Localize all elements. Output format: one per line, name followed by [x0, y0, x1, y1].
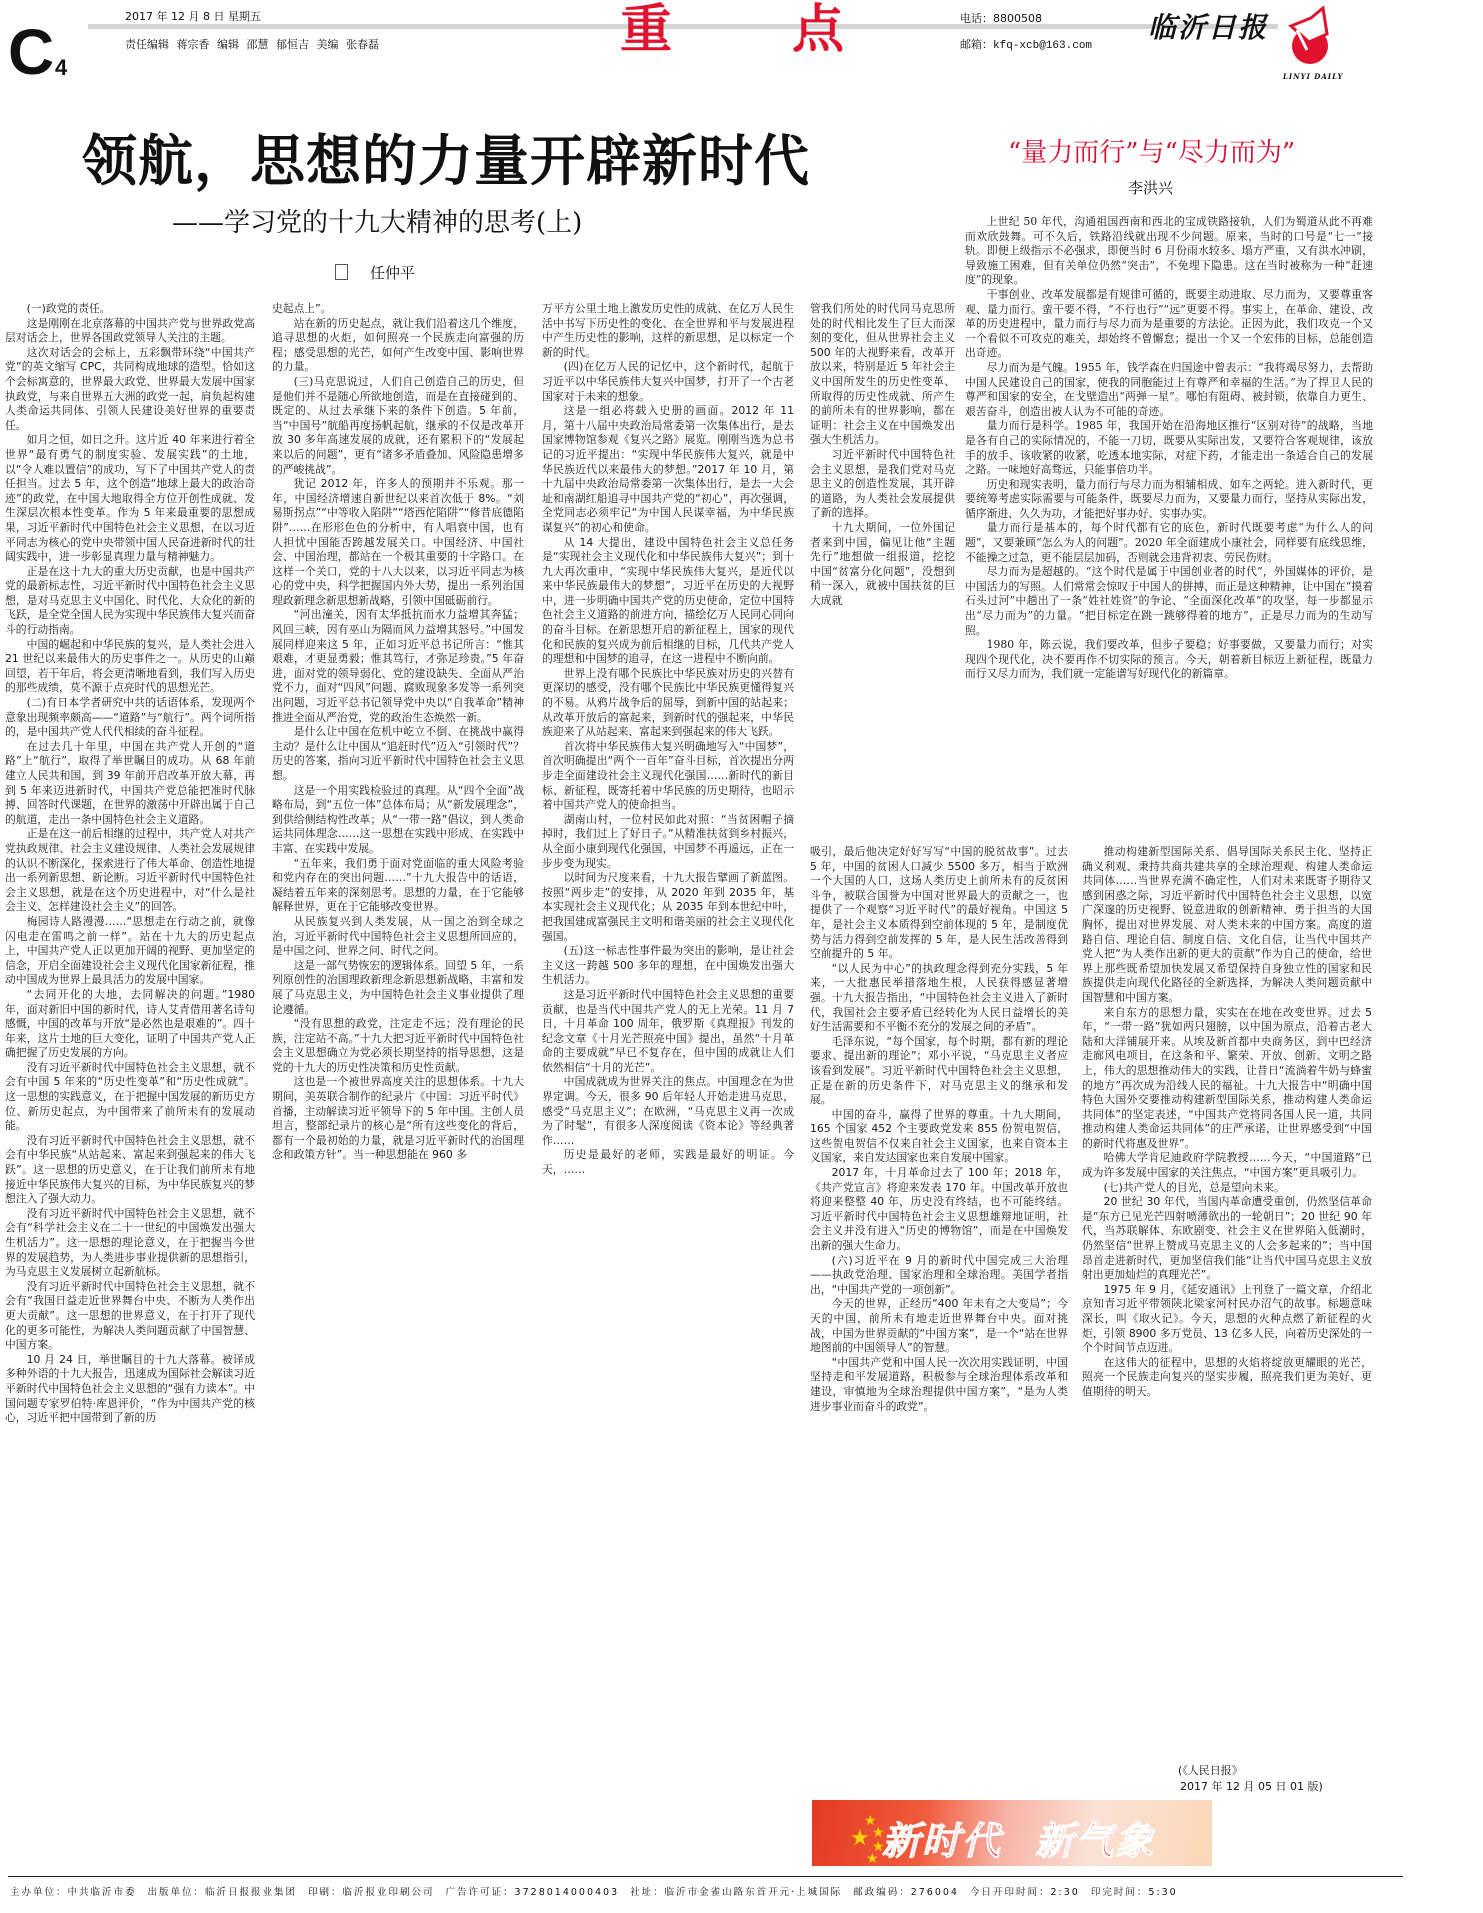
paragraph: 犹记 2012 年，许多人的预期并不乐观。那一年，中国经济增速自新世纪以来首次低…: [272, 477, 524, 608]
paragraph: 尽力而为是气魄。1955 年，钱学森在归国途中曾表示：“我将竭尽努力，去帮助中国…: [965, 361, 1373, 419]
phone-line: 电话：8800508: [960, 10, 1042, 26]
paragraph: 没有习近平新时代中国特色社会主义思想，就不会有“我国日益走近世界舞台中央、不断为…: [5, 1280, 255, 1353]
paragraph: 10 月 24 日，举世瞩目的十九大落幕。被译成多种外语的十九大报告，迅速成为国…: [5, 1353, 255, 1426]
paragraph: (四)在亿万人民的记忆中，这个新时代，起航于习近平以中华民族伟大复兴中国梦，打开…: [542, 360, 794, 404]
paragraph: 历史是最好的老师，实践是最好的明证。今天，……: [542, 1148, 794, 1177]
star-icon: ★: [850, 1832, 870, 1846]
article-column-5: 推动构建新型国际关系、倡导国际关系民主化、坚持正确义利观、秉持共商共建共享的全球…: [1082, 845, 1372, 1750]
paragraph: 上世纪 50 年代，沟通祖国西南和西北的宝成铁路接轨，人们为蜀道从此不再难而欢欣…: [965, 215, 1373, 288]
article-column-4: 吸引，最后他决定好好写写“中国的脱贫故事”。过去 5 年，中国的贫困人口减少 5…: [810, 845, 1068, 1800]
paragraph: 推动构建新型国际关系、倡导国际关系民主化、坚持正确义利观、秉持共商共建共享的全球…: [1082, 845, 1372, 1006]
paragraph: 干事创业、改革发展都是有规律可循的，既要主动进取、尽力而为，又要尊重客观、量力而…: [965, 288, 1373, 361]
paragraph: 世界上没有哪个民族比中华民族对历史的兴替有更深切的感受，没有哪个民族比中华民族更…: [542, 667, 794, 740]
article-column-4-top: 管我们所处的时代同马克思所处的时代相比发生了巨大而深刻的变化，但从世界社会主义 …: [810, 302, 955, 842]
paragraph: 中国的崛起和中华民族的复兴，是人类社会进入 21 世纪以来最伟大的历史事件之一。…: [5, 638, 255, 696]
paragraph: 从 14 大提出，建设中国特色社会主义总任务是“实现社会主义现代化和中华民族伟大…: [542, 536, 794, 667]
paragraph: 没有习近平新时代中国特色社会主义思想，就不会有中国 5 年来的“历史性变革”和“…: [5, 1061, 255, 1134]
paragraph: 这也是一个被世界高度关注的思想体系。十九大期间，美英联合制作的纪录片《中国：习近…: [272, 1075, 524, 1163]
paragraph: (二)有日本学者研究中共的话语体系，发现两个意象出现频率颇高——“道路”与“航行…: [5, 696, 255, 740]
slogan-banner: ★ ★ ★ ★ ★ 新时代 新气象 新作为: [812, 1800, 1212, 1866]
paragraph: 正是在这十九大的重大历史贡献，也是中国共产党的最新标志性，习近平新时代中国特色社…: [5, 565, 255, 638]
paragraph: “河出潼关，因有太华抵抗而水力益增其奔猛；风回三峡，因有巫山为隔而风力益增其怒号…: [272, 608, 524, 725]
author-name: 任仲平: [370, 264, 415, 282]
email-line: 邮箱：kfq-xcb@163.com: [960, 36, 1092, 52]
paragraph: 中国成就成为世界关注的焦点。中国理念在为世界定调。今天，很多 90 后年轻人开始…: [542, 1075, 794, 1148]
paragraph: 这是刚刚在北京落幕的中国共产党与世界政党高层对话会上，世界各国政党领导人关注的主…: [5, 317, 255, 346]
paragraph: 万平方公里土地上激发历史性的成就、在亿万人民生活中书写下历史性的变化、在全世界和…: [542, 302, 794, 360]
paragraph: 湖南山村，一位村民如此对照：“当贫困帽子摘掉时，我们过上了好日子。”从精准扶贫到…: [542, 813, 794, 871]
paragraph: 这是一组必将载入史册的画面。2012 年 11 月，第十八届中央政治局常委第一次…: [542, 404, 794, 535]
issue-date: 2017 年 12 月 8 日 星期五: [125, 8, 261, 24]
footer-rule: [8, 1876, 1403, 1877]
email-label: 邮箱：: [960, 38, 993, 51]
paragraph: 量力而行是科学。1985 年，我国开始在沿海地区推行“区别对待”的战略，当地是各…: [965, 419, 1373, 477]
paragraph: 这次对话会的会标上，五彩飘带环绕“中国共产党”的英文缩写 CPC，共同构成地球的…: [5, 346, 255, 434]
paragraph: 历史和现实表明，量力而行与尽力而为相辅相成、如车之两轮。进入新时代，更要统筹考虑…: [965, 478, 1373, 522]
paragraph: 量力而行是基本的，每个时代都有它的底色，新时代既要考虑“为什么人的问题”，又要兼…: [965, 521, 1373, 565]
side-article-title: “量力而行”与“尽力而为”: [1008, 132, 1295, 169]
article-column-1: (一)政党的责任。 这是刚刚在北京落幕的中国共产党与世界政党高层对话会上，世界各…: [5, 302, 255, 1870]
editors-line: 责任编辑 蒋宗香 编辑 邵慧 郁恒吉 美编 张春磊: [125, 36, 379, 52]
imprint-footer: 主办单位：中共临沂市委 出版单位：临沂日报报业集团 印刷：临沂报业印刷公司 广告…: [10, 1884, 1178, 1898]
source-credit-line2: 2017 年 12 月 05 日 01 版): [1180, 1778, 1323, 1794]
paragraph: 习近平新时代中国特色社会主义思想，是我们党对马克思主义的创造性发展，其开辟的道路…: [810, 448, 955, 521]
paragraph: (七)共产党人的目光，总是望向未来。: [1082, 1181, 1372, 1196]
paragraph: “没有思想的政党，注定走不远；没有理论的民族，注定站不高。”十九大把习近平新时代…: [272, 1017, 524, 1075]
paragraph: 今天的世界，正经历“400 年未有之大变局”；今天的中国，前所未有地走近世界舞台…: [810, 1297, 1068, 1355]
page-number: 4: [55, 55, 67, 81]
paragraph: “中国共产党和中国人民一次次用实践证明，中国坚持走和平发展道路，积极参与全球治理…: [810, 1356, 1068, 1414]
paragraph: 以时间为尺度来看，十九大报告擘画了新蓝图。按照“两步走”的安排，从 2020 年…: [542, 871, 794, 944]
paragraph: 2017 年，十月革命过去了 100 年；2018 年，《共产党宣言》将迎来发表…: [810, 1166, 1068, 1254]
paragraph: 首次将中华民族伟大复兴明确地写入“中国梦”，首次明确提出“两个一百年”奋斗目标，…: [542, 740, 794, 813]
paragraph: “五年来，我们勇于面对党面临的重大风险考验和党内存在的突出问题……”十九大报告中…: [272, 857, 524, 915]
paragraph: 毛泽东说，“每个国家，每个时期，都有新的理论要求、提出新的理论”；邓小平说，“马…: [810, 1035, 1068, 1108]
paragraph: 吸引，最后他决定好好写写“中国的脱贫故事”。过去 5 年，中国的贫困人口减少 5…: [810, 845, 1068, 962]
paragraph: 从民族复兴到人类发展，从一国之治到全球之治，习近平新时代中国特色社会主义思想所回…: [272, 915, 524, 959]
paragraph: (三)马克思说过，人们自己创造自己的历史，但是他们并不是随心所欲地创造，而是在直…: [272, 375, 524, 477]
star-icon: ★: [866, 1852, 879, 1866]
paragraph: 史起点上”。: [272, 302, 524, 317]
article-column-2: 史起点上”。 站在新的历史起点，就让我们沿着这几个维度，追寻思想的火炬，如何照亮…: [272, 302, 524, 1870]
logo-english: LINYI DAILY: [1283, 72, 1344, 81]
paragraph: 哈佛大学肯尼迪政府学院教授……今天，“中国道路”已成为许多发展中国家的关注焦点，…: [1082, 1151, 1372, 1180]
paragraph: 正是在这一前后相继的过程中，共产党人对共产党执政规律、社会主义建设规律、人类社会…: [5, 827, 255, 915]
phone-label: 电话：: [960, 12, 993, 25]
logo-flag-icon: [1283, 6, 1333, 66]
side-article-body: 上世纪 50 年代，沟通祖国西南和西北的宝成铁路接轨，人们为蜀道从此不再难而欢欣…: [965, 215, 1373, 801]
paragraph: (五)这一标志性事件最为突出的影响，是让社会主义这一跨越 500 多年的理想，在…: [542, 944, 794, 988]
page-letter: C: [8, 22, 52, 82]
paragraph: 20 世纪 30 年代，当国内革命遭受重创，仍然坚信革命是“东方已见光芒四射喷薄…: [1082, 1195, 1372, 1283]
side-article-author: 李洪兴: [1128, 177, 1173, 198]
byline-box-icon: [335, 264, 348, 280]
byline: 任仲平: [335, 262, 415, 283]
paragraph: 没有习近平新时代中国特色社会主义思想，就不会有“科学社会主义在二十一世纪的中国焕…: [5, 1207, 255, 1280]
paragraph: 没有习近平新时代中国特色社会主义思想，就不会有中华民族“从站起来、富起来到强起来…: [5, 1134, 255, 1207]
paragraph: (六)习近平在 9 月的新时代中国完成三大治理——执政党治理、国家治理和全球治理…: [810, 1254, 1068, 1298]
paragraph: 这是一部气势恢宏的逻辑体系。回望 5 年，一系列原创性的治国理政新理念新思想新战…: [272, 959, 524, 1017]
paragraph: 管我们所处的时代同马克思所处的时代相比发生了巨大而深刻的变化，但从世界社会主义 …: [810, 302, 955, 448]
paragraph: 中国的奋斗，赢得了世界的尊重。十九大期间，165 个国家 452 个主要政党发来…: [810, 1108, 1068, 1166]
paragraph: 这是习近平新时代中国特色社会主义思想的重要贡献，也是当代中国共产党人的无上光荣。…: [542, 988, 794, 1076]
paragraph: 如月之恒，如日之升。这片近 40 年来进行着全世界“最有勇气的制度实验、发展实践…: [5, 433, 255, 564]
source-credit-line1: (《人民日报》: [1178, 1762, 1243, 1778]
paragraph: 十九大期间，一位外国记者来到中国，偏见让他“主题先行”地想做一组报道，挖挖中国“…: [810, 521, 955, 609]
paragraph: 这是一个用实践检验过的真理。从“四个全面”战略布局，到“五位一体”总体布局；从“…: [272, 784, 524, 857]
paragraph: “去同开化的大地，去同解决的问题。”1980 年，面对新旧中国的新时代，诗人艾青…: [5, 988, 255, 1061]
paragraph: 是什么让中国在危机中屹立不倒、在挑战中赢得主动？是什么让中国从“追赶时代”迈入“…: [272, 725, 524, 783]
article-column-3: 万平方公里土地上激发历史性的成就、在亿万人民生活中书写下历史性的变化、在全世界和…: [542, 302, 794, 1870]
paragraph: (一)政党的责任。: [5, 302, 255, 317]
paragraph: 在过去几十年里，中国在共产党人开创的“道路”上“航行”，取得了举世瞩目的成功。从…: [5, 740, 255, 828]
paragraph: 梅园诗人路漫漫……“思想走在行动之前，就像闪电走在雷鸣之前一样”。站在十九大的历…: [5, 915, 255, 988]
headline: 领航，思想的力量开辟新时代: [82, 126, 810, 196]
newspaper-logo: 临沂日报: [1148, 6, 1268, 46]
subheadline: ——学习党的十九大精神的思考(上): [172, 206, 582, 240]
paragraph: 站在新的历史起点，就让我们沿着这几个维度，追寻思想的火炬，如何照亮一个民族走向富…: [272, 317, 524, 375]
paragraph: 尽力而为是超越的。“这个时代是属于中国创业者的时代”，外国媒体的评价，是中国活力…: [965, 565, 1373, 638]
banner-slogan: 新时代 新气象 新作为: [882, 1810, 1212, 1866]
paragraph: 1980 年，陈云说，我们要改革，但步子要稳；好事要做，又要量力而行；对实现四个…: [965, 638, 1373, 682]
paragraph: 在这伟大的征程中，思想的火焰将绽放更耀眼的光芒，照亮一个民族走向复兴的坚实步履，…: [1082, 1356, 1372, 1400]
email-address: kfq-xcb@163.com: [993, 40, 1092, 52]
paragraph: “以人民为中心”的执政理念得到充分实践，5 年来，一大批惠民举措落地生根，人民获…: [810, 962, 1068, 1035]
phone-number: 8800508: [993, 12, 1042, 25]
paragraph: 1975 年 9 月，《延安通讯》上刊登了一篇文章，介绍北京知青习近平带领陕北梁…: [1082, 1283, 1372, 1356]
section-title: 重点: [620, 5, 964, 55]
paragraph: 来自东方的思想力量，实实在在地在改变世界。过去 5 年，“一带一路”犹如两只翅膀…: [1082, 1006, 1372, 1152]
